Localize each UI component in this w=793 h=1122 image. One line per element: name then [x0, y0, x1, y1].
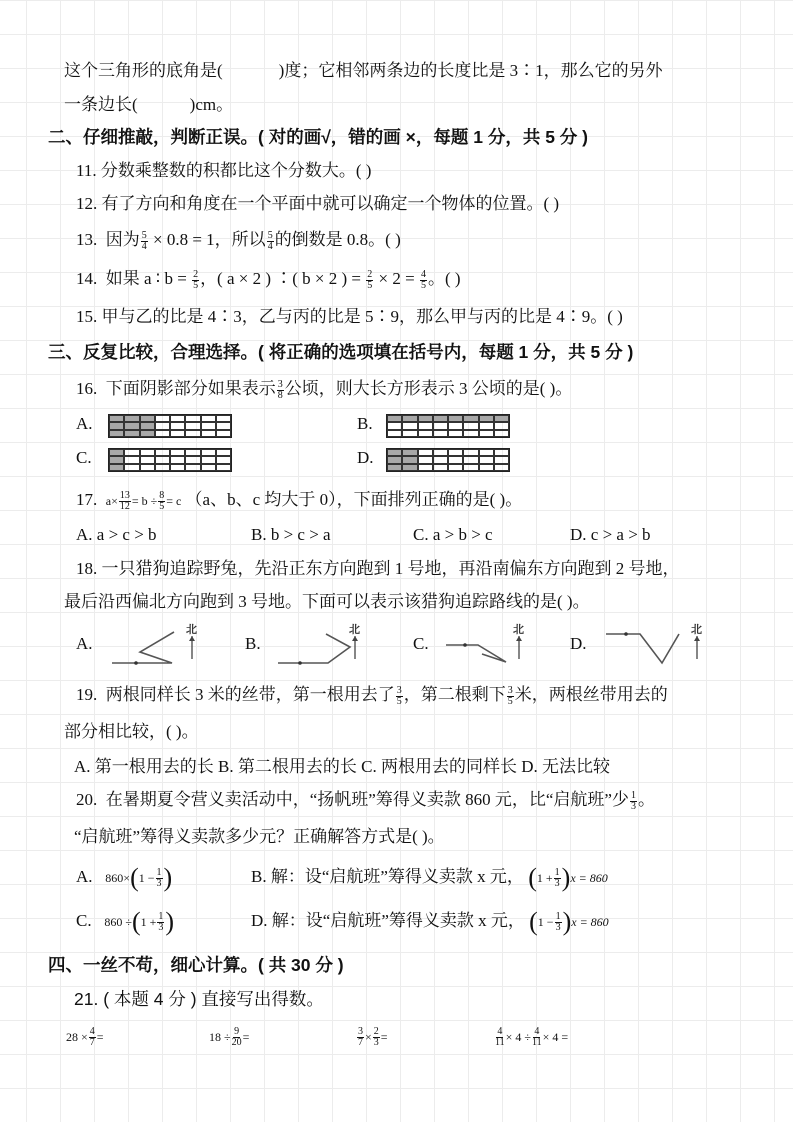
paren: (: [529, 907, 538, 936]
grid-cell: [494, 422, 509, 429]
q17-option-c[interactable]: C. a > b > c: [413, 524, 493, 546]
grid-cell: [448, 430, 463, 437]
text: 米，两根丝带用去的: [515, 685, 668, 704]
grid-cell: [201, 415, 216, 422]
paren: ): [562, 863, 571, 892]
denominator: 3: [555, 879, 560, 889]
question-number: 13.: [76, 230, 97, 249]
grid-cell: [170, 422, 185, 429]
denominator: 5: [367, 281, 372, 291]
text: 下面阴影部分如果表示: [106, 379, 276, 398]
section-4-title: 四、一丝不苟，细心计算。( 共 30 分 ): [48, 954, 344, 976]
grid-cell: [433, 422, 448, 429]
grid-cell: [155, 422, 170, 429]
grid-cell: [418, 422, 433, 429]
numerator: 1: [630, 791, 637, 802]
fraction: 38: [277, 380, 284, 401]
option-a-label[interactable]: A.: [76, 414, 93, 434]
grid-cell: [418, 449, 433, 456]
grid-cell: [155, 449, 170, 456]
option-label: B. 解：设“启航班”筹得义卖款 x 元，: [251, 867, 524, 886]
grid-cell: [402, 422, 417, 429]
question-12: 12. 有了方向和角度在一个平面中就可以确定一个物体的位置。( ): [76, 193, 559, 215]
numerator: 2: [366, 270, 373, 281]
numerator: 5: [141, 231, 148, 242]
grid-cell: [448, 449, 463, 456]
text: 在暑期夏令营义卖活动中，“扬帆班”筹得义卖款 860 元，比“启航班”少: [106, 790, 629, 809]
section-3-title: 三、反复比较，合理选择。( 将正确的选项填在括号内，每题 1 分，共 5 分 ): [48, 341, 633, 363]
fraction: 45: [420, 270, 427, 291]
q17-option-a[interactable]: A. a > c > b: [76, 524, 157, 546]
question-number: 14.: [76, 269, 97, 288]
text: × 2 =: [379, 269, 415, 288]
grid-cell: [109, 456, 124, 463]
numerator: 3: [396, 686, 403, 697]
grid-cell: [494, 415, 509, 422]
grid-cell: [418, 430, 433, 437]
q17-option-b[interactable]: B. b > c > a: [251, 524, 331, 546]
option-b-label[interactable]: B.: [357, 414, 373, 434]
denominator: 11: [532, 1038, 542, 1048]
q20-option-b[interactable]: B. 解：设“启航班”筹得义卖款 x 元， (1 +13)x = 860: [251, 866, 608, 889]
question-17: 17. a×1312= b ÷85= c （a、b、c 均大于 0），下面排列正…: [76, 489, 522, 512]
grid-cell: [216, 430, 231, 437]
denominator: 3: [158, 923, 163, 933]
text: 860 ÷: [104, 915, 132, 929]
grid-cell: [418, 456, 433, 463]
paren: (: [132, 907, 141, 936]
q20-option-c[interactable]: C. 860 ÷(1 +13): [76, 910, 174, 933]
text: 如果 a ∶ b =: [106, 269, 187, 288]
text: =: [243, 1030, 250, 1044]
text: 一条边长(: [64, 95, 138, 114]
question-18-line1: 18. 一只猎狗追踪野兔，先沿正东方向跑到 1 号地，再沿南偏东方向跑到 2 号…: [76, 558, 680, 580]
denominator: 4: [268, 242, 273, 252]
svg-text:北: 北: [513, 623, 524, 636]
grid-cell: [463, 415, 478, 422]
grid-cell: [124, 456, 139, 463]
numerator: 1: [156, 868, 163, 879]
grid-cell: [185, 430, 200, 437]
fraction: 37: [357, 1027, 364, 1048]
denominator: 5: [159, 502, 164, 512]
fraction: 23: [373, 1027, 380, 1048]
question-19-line2: 部分相比较，( )。: [64, 721, 199, 743]
fraction: 920: [232, 1027, 242, 1048]
q18-option-b-label[interactable]: B.: [245, 634, 261, 654]
question-11: 11. 分数乘整数的积都比这个分数大。( ): [76, 160, 371, 182]
fraction: 13: [630, 791, 637, 812]
denominator: 5: [421, 281, 426, 291]
grid-cell: [155, 464, 170, 471]
numerator: 2: [373, 1027, 380, 1038]
question-number: 17.: [76, 490, 97, 509]
grid-cell: [170, 456, 185, 463]
fraction: 35: [507, 686, 514, 707]
grid-cell: [479, 430, 494, 437]
q18-option-a-label[interactable]: A.: [76, 634, 93, 654]
numerator: 1: [555, 912, 562, 923]
denominator: 5: [397, 697, 402, 707]
svg-text:北: 北: [691, 623, 702, 636]
grid-cell: [201, 430, 216, 437]
question-number: 20.: [76, 790, 97, 809]
route-diagram-b: [276, 620, 356, 665]
numerator: 8: [158, 491, 165, 502]
question-18-line2: 最后沿西偏北方向跑到 3 号地。下面可以表示该猎狗追踪路线的是( )。: [64, 591, 590, 613]
numerator: 1: [157, 912, 164, 923]
grid-cell: [387, 422, 402, 429]
grid-cell: [463, 430, 478, 437]
grid-cell: [201, 422, 216, 429]
question-16: 16. 下面阴影部分如果表示38公顷，则大长方形表示 3 公顷的是( )。: [76, 378, 572, 401]
text: = b ÷: [132, 494, 157, 508]
denominator: 3: [556, 923, 561, 933]
text: = c: [166, 494, 181, 508]
denominator: 3: [374, 1038, 379, 1048]
text: 两根同样长 3 米的丝带，第一根用去了: [106, 685, 395, 704]
denominator: 12: [120, 502, 130, 512]
question-15: 15. 甲与乙的比是 4∶3，乙与丙的比是 5∶9，那么甲与丙的比是 4∶9。(…: [76, 306, 623, 328]
fraction: 25: [366, 270, 373, 291]
grid-cell: [170, 430, 185, 437]
route-diagram-d: [604, 625, 684, 665]
numerator: 4: [496, 1027, 503, 1038]
grid-cell: [140, 430, 155, 437]
grid-cell: [155, 415, 170, 422]
option-a-grid: [108, 414, 232, 438]
grid-cell: [216, 456, 231, 463]
text: 公顷，则大长方形表示 3 公顷的是( )。: [285, 379, 573, 398]
numerator: 9: [233, 1027, 240, 1038]
grid-cell: [387, 449, 402, 456]
route-diagram-c: [444, 625, 510, 663]
fraction: 85: [158, 491, 165, 512]
grid-cell: [433, 464, 448, 471]
question-number: 16.: [76, 379, 97, 398]
calc-expr-2: 18 ÷920=: [209, 1025, 249, 1048]
grid-cell: [494, 430, 509, 437]
grid-cell: [185, 456, 200, 463]
grid-cell: [216, 415, 231, 422]
paren: (: [528, 863, 537, 892]
grid-cell: [140, 449, 155, 456]
option-b-grid: [386, 414, 510, 438]
text: 。: [638, 790, 655, 809]
grid-cell: [140, 464, 155, 471]
numerator: 4: [89, 1027, 96, 1038]
denominator: 7: [90, 1038, 95, 1048]
grid-cell: [124, 430, 139, 437]
grid-cell: [463, 464, 478, 471]
numerator: 4: [420, 270, 427, 281]
q20-option-a[interactable]: A. 860×(1 −13): [76, 866, 172, 889]
grid-cell: [155, 456, 170, 463]
grid-cell: [170, 449, 185, 456]
option-c-label[interactable]: C.: [76, 448, 92, 468]
question-20: 20. 在暑期夏令营义卖活动中，“扬帆班”筹得义卖款 860 元，比“启航班”少…: [76, 789, 655, 812]
grid-cell: [448, 415, 463, 422]
question-20-line2: “启航班”筹得义卖款多少元？正确解答方式是( )。: [74, 826, 445, 848]
grid-cell: [109, 430, 124, 437]
denominator: 7: [358, 1038, 363, 1048]
grid-cell: [170, 464, 185, 471]
numerator: 4: [533, 1027, 540, 1038]
text: ，( a × 2 ) ∶( b × 2 ) =: [200, 269, 361, 288]
grid-cell: [387, 456, 402, 463]
denominator: 20: [232, 1038, 242, 1048]
text: × 0.8 = 1，所以: [153, 230, 266, 249]
grid-cell: [448, 422, 463, 429]
question-13: 13. 因为54 × 0.8 = 1，所以54的倒数是 0.8。( ): [76, 229, 401, 252]
option-label: D. 解：设“启航班”筹得义卖款 x 元，: [251, 911, 525, 930]
text: 这个三角形的底角是(: [64, 61, 223, 80]
calc-expr-1: 28 ×47=: [66, 1025, 104, 1048]
grid-cell: [387, 430, 402, 437]
question-21: 21. ( 本题 4 分 ) 直接写出得数。: [74, 988, 324, 1010]
north-arrow-icon: 北: [348, 622, 362, 660]
question-number: 19.: [76, 685, 97, 704]
section-2-title: 二、仔细推敲，判断正误。( 对的画√，错的画 ×，每题 1 分，共 5 分 ): [48, 126, 588, 148]
grid-cell: [402, 456, 417, 463]
grid-cell: [185, 415, 200, 422]
grid-cell: [185, 422, 200, 429]
text: 28 ×: [66, 1030, 88, 1044]
grid-cell: [140, 456, 155, 463]
grid-cell: [433, 415, 448, 422]
svg-text:北: 北: [186, 623, 197, 636]
text: 860×: [105, 871, 130, 885]
grid-cell: [402, 449, 417, 456]
fraction: 54: [141, 231, 148, 252]
north-arrow-icon: 北: [185, 622, 199, 660]
grid-cell: [170, 415, 185, 422]
question-14: 14. 如果 a ∶ b = 25，( a × 2 ) ∶( b × 2 ) =…: [76, 268, 461, 291]
numerator: 3: [277, 380, 284, 391]
grid-cell: [494, 464, 509, 471]
text: 18 ÷: [209, 1030, 231, 1044]
fraction: 13: [156, 868, 163, 889]
grid-cell: [387, 415, 402, 422]
text: 因为: [106, 230, 140, 249]
grid-cell: [433, 456, 448, 463]
denominator: 4: [142, 242, 147, 252]
fraction: 25: [192, 270, 199, 291]
grid-cell: [216, 422, 231, 429]
text: 。( ): [428, 269, 461, 288]
grid-cell: [216, 449, 231, 456]
paren: ): [563, 907, 572, 936]
numerator: 3: [507, 686, 514, 697]
numerator: 1: [554, 868, 561, 879]
q18-option-c-label[interactable]: C.: [413, 634, 429, 654]
text: ×: [365, 1030, 372, 1044]
grid-cell: [402, 430, 417, 437]
text: × 4 ÷: [506, 1030, 531, 1044]
grid-cell: [494, 456, 509, 463]
denominator: 8: [278, 391, 283, 401]
text: 1 −: [538, 915, 554, 929]
text: 1 +: [141, 915, 157, 929]
grid-cell: [479, 464, 494, 471]
north-arrow-icon: 北: [690, 622, 704, 660]
grid-cell: [418, 464, 433, 471]
grid-cell: [479, 422, 494, 429]
grid-cell: [124, 422, 139, 429]
grid-cell: [402, 464, 417, 471]
text: 1 +: [537, 871, 553, 885]
grid-cell: [155, 430, 170, 437]
denominator: 5: [193, 281, 198, 291]
grid-cell: [124, 449, 139, 456]
prev-question-line2: 一条边长()cm。: [64, 94, 233, 116]
question-19: 19. 两根同样长 3 米的丝带，第一根用去了35，第二根剩下35米，两根丝带用…: [76, 684, 668, 707]
text: ，第二根剩下: [404, 685, 506, 704]
fraction: 54: [267, 231, 274, 252]
calc-expr-3: 37×23=: [356, 1025, 388, 1048]
grid-cell: [140, 422, 155, 429]
grid-cell: [463, 449, 478, 456]
calc-expr-4: 411× 4 ÷411× 4 =: [494, 1025, 568, 1048]
option-d-label[interactable]: D.: [357, 448, 374, 468]
grid-cell: [124, 415, 139, 422]
fraction: 1312: [119, 491, 131, 512]
grid-cell: [418, 415, 433, 422]
grid-cell: [479, 415, 494, 422]
text: )度；它相邻两条边的长度比是 3∶1，那么它的另外: [279, 61, 663, 80]
text: a×: [106, 494, 118, 508]
text: 1 −: [139, 871, 155, 885]
fraction: 35: [396, 686, 403, 707]
grid-cell: [479, 449, 494, 456]
paren: (: [130, 863, 139, 892]
grid-cell: [494, 449, 509, 456]
denominator: 5: [508, 697, 513, 707]
fraction: 13: [555, 912, 562, 933]
text: x = 860: [571, 915, 608, 929]
text: 的倒数是 0.8。( ): [275, 230, 401, 249]
grid-cell: [201, 464, 216, 471]
grid-cell: [479, 456, 494, 463]
q18-option-d-label[interactable]: D.: [570, 634, 587, 654]
grid-cell: [201, 449, 216, 456]
text: =: [97, 1030, 104, 1044]
q20-option-d[interactable]: D. 解：设“启航班”筹得义卖款 x 元， (1 −13)x = 860: [251, 910, 609, 933]
grid-cell: [109, 422, 124, 429]
denominator: 3: [157, 879, 162, 889]
grid-cell: [463, 422, 478, 429]
grid-cell: [140, 415, 155, 422]
numerator: 3: [357, 1027, 364, 1038]
north-arrow-icon: 北: [512, 622, 526, 660]
q19-options[interactable]: A. 第一根用去的长 B. 第二根用去的长 C. 两根用去的同样长 D. 无法比…: [74, 756, 610, 778]
grid-cell: [216, 464, 231, 471]
paren: ): [164, 863, 173, 892]
numerator: 2: [192, 270, 199, 281]
denominator: 3: [631, 802, 636, 812]
option-d-grid: [386, 448, 510, 472]
text: )cm。: [190, 95, 233, 114]
grid-cell: [387, 464, 402, 471]
q17-option-d[interactable]: D. c > a > b: [570, 524, 651, 546]
grid-cell: [124, 464, 139, 471]
grid-cell: [448, 456, 463, 463]
grid-cell: [185, 464, 200, 471]
text: × 4 =: [543, 1030, 569, 1044]
text: （a、b、c 均大于 0），下面排列正确的是( )。: [186, 490, 523, 509]
grid-cell: [185, 449, 200, 456]
option-label: C.: [76, 911, 92, 930]
grid-cell: [109, 449, 124, 456]
denominator: 11: [495, 1038, 505, 1048]
fraction: 13: [554, 868, 561, 889]
grid-cell: [433, 449, 448, 456]
fraction: 411: [495, 1027, 505, 1048]
fraction: 411: [532, 1027, 542, 1048]
numerator: 13: [119, 491, 131, 502]
grid-cell: [433, 430, 448, 437]
numerator: 5: [267, 231, 274, 242]
fraction: 13: [157, 912, 164, 933]
paren: ): [165, 907, 174, 936]
grid-cell: [448, 464, 463, 471]
fraction: 47: [89, 1027, 96, 1048]
text: =: [381, 1030, 388, 1044]
grid-cell: [201, 456, 216, 463]
option-label: A.: [76, 867, 93, 886]
grid-cell: [109, 415, 124, 422]
grid-cell: [402, 415, 417, 422]
svg-text:北: 北: [349, 623, 360, 636]
grid-cell: [109, 464, 124, 471]
prev-question-line1: 这个三角形的底角是()度；它相邻两条边的长度比是 3∶1，那么它的另外: [64, 60, 663, 82]
option-c-grid: [108, 448, 232, 472]
grid-cell: [463, 456, 478, 463]
text: x = 860: [570, 871, 607, 885]
